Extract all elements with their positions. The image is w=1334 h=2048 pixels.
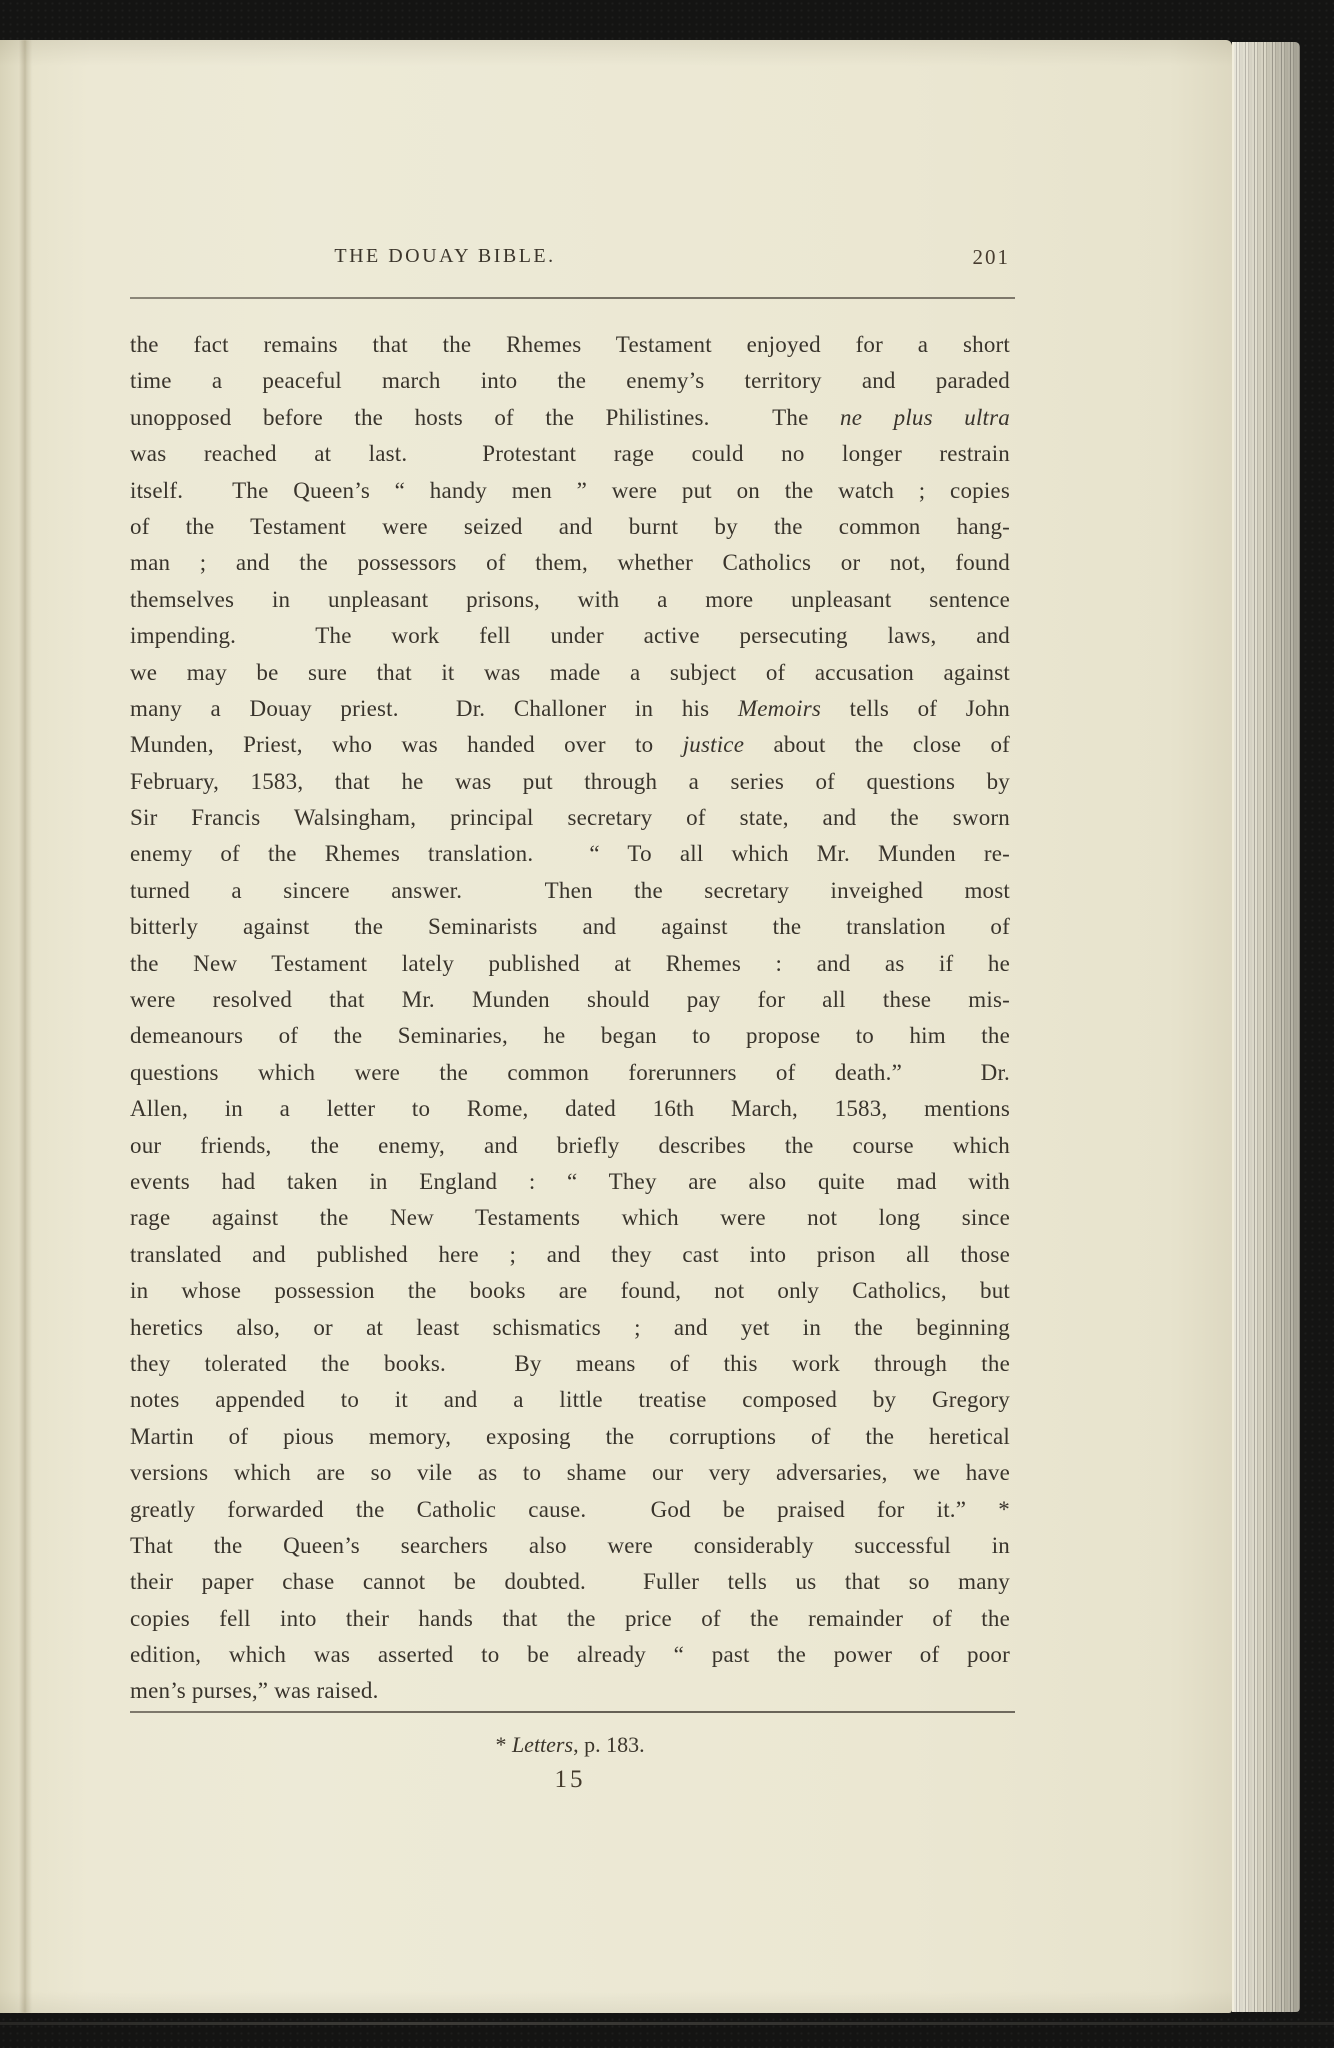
body-line: we may be sure that it was made a subjec… — [130, 655, 1010, 691]
body-line: they tolerated the books. By means of th… — [130, 1346, 1010, 1382]
book-photo: THE DOUAY BIBLE. 201 the fact remains th… — [0, 0, 1334, 2048]
body-line: itself. The Queen’s “ handy men ” were p… — [130, 473, 1010, 509]
body-line: in whose possession the books are found,… — [130, 1273, 1010, 1309]
body-line: heretics also, or at least schismatics ;… — [130, 1310, 1010, 1346]
body-line: bitterly against the Seminarists and aga… — [130, 909, 1010, 945]
body-line: February, 1583, that he was put through … — [130, 764, 1010, 800]
running-head-title: THE DOUAY BIBLE. — [334, 245, 555, 268]
signature-number: 15 — [130, 1766, 1010, 1794]
body-line: greatly forwarded the Catholic cause. Go… — [130, 1492, 1010, 1528]
body-line: men’s purses,” was raised. — [130, 1673, 1010, 1709]
body-line: many a Douay priest. Dr. Challoner in hi… — [130, 691, 1010, 727]
body-line: Allen, in a letter to Rome, dated 16th M… — [130, 1091, 1010, 1127]
page-number: 201 — [973, 245, 1011, 270]
header-rule — [130, 297, 1015, 299]
body-line: enemy of the Rhemes translation. “ To al… — [130, 836, 1010, 872]
body-line: questions which were the common forerunn… — [130, 1055, 1010, 1091]
footnote-rule — [130, 1711, 1015, 1713]
body-line: Munden, Priest, who was handed over to j… — [130, 727, 1010, 763]
body-line: edition, which was asserted to be alread… — [130, 1637, 1010, 1673]
body-line: events had taken in England : “ They are… — [130, 1164, 1010, 1200]
body-text: the fact remains that the Rhemes Testame… — [130, 327, 1010, 1710]
gutter-shadow — [19, 40, 32, 2013]
body-line: notes appended to it and a little treati… — [130, 1382, 1010, 1418]
body-line: versions which are so vile as to shame o… — [130, 1455, 1010, 1491]
book-page: THE DOUAY BIBLE. 201 the fact remains th… — [0, 40, 1232, 2013]
body-line: Sir Francis Walsingham, principal secret… — [130, 800, 1010, 836]
body-line: of the Testament were seized and burnt b… — [130, 509, 1010, 545]
footnote: * Letters, p. 183. — [130, 1732, 1010, 1758]
body-line: That the Queen’s searchers also were con… — [130, 1528, 1010, 1564]
body-line: copies fell into their hands that the pr… — [130, 1601, 1010, 1637]
body-line: were resolved that Mr. Munden should pay… — [130, 982, 1010, 1018]
body-line: impending. The work fell under active pe… — [130, 618, 1010, 654]
body-line: demeanours of the Seminaries, he began t… — [130, 1018, 1010, 1054]
body-line: our friends, the enemy, and briefly desc… — [130, 1128, 1010, 1164]
body-line: rage against the New Testaments which we… — [130, 1200, 1010, 1236]
body-line: themselves in unpleasant prisons, with a… — [130, 582, 1010, 618]
body-line: their paper chase cannot be doubted. Ful… — [130, 1564, 1010, 1600]
page-edge-stack — [1232, 42, 1300, 2012]
body-line: turned a sincere answer. Then the secret… — [130, 873, 1010, 909]
body-line: translated and published here ; and they… — [130, 1237, 1010, 1273]
body-line: Martin of pious memory, exposing the cor… — [130, 1419, 1010, 1455]
body-line: the New Testament lately published at Rh… — [130, 946, 1010, 982]
body-line: man ; and the possessors of them, whethe… — [130, 545, 1010, 581]
body-line: was reached at last. Protestant rage cou… — [130, 436, 1010, 472]
body-line: the fact remains that the Rhemes Testame… — [130, 327, 1010, 363]
body-line: time a peaceful march into the enemy’s t… — [130, 363, 1010, 399]
body-line: unopposed before the hosts of the Philis… — [130, 400, 1010, 436]
